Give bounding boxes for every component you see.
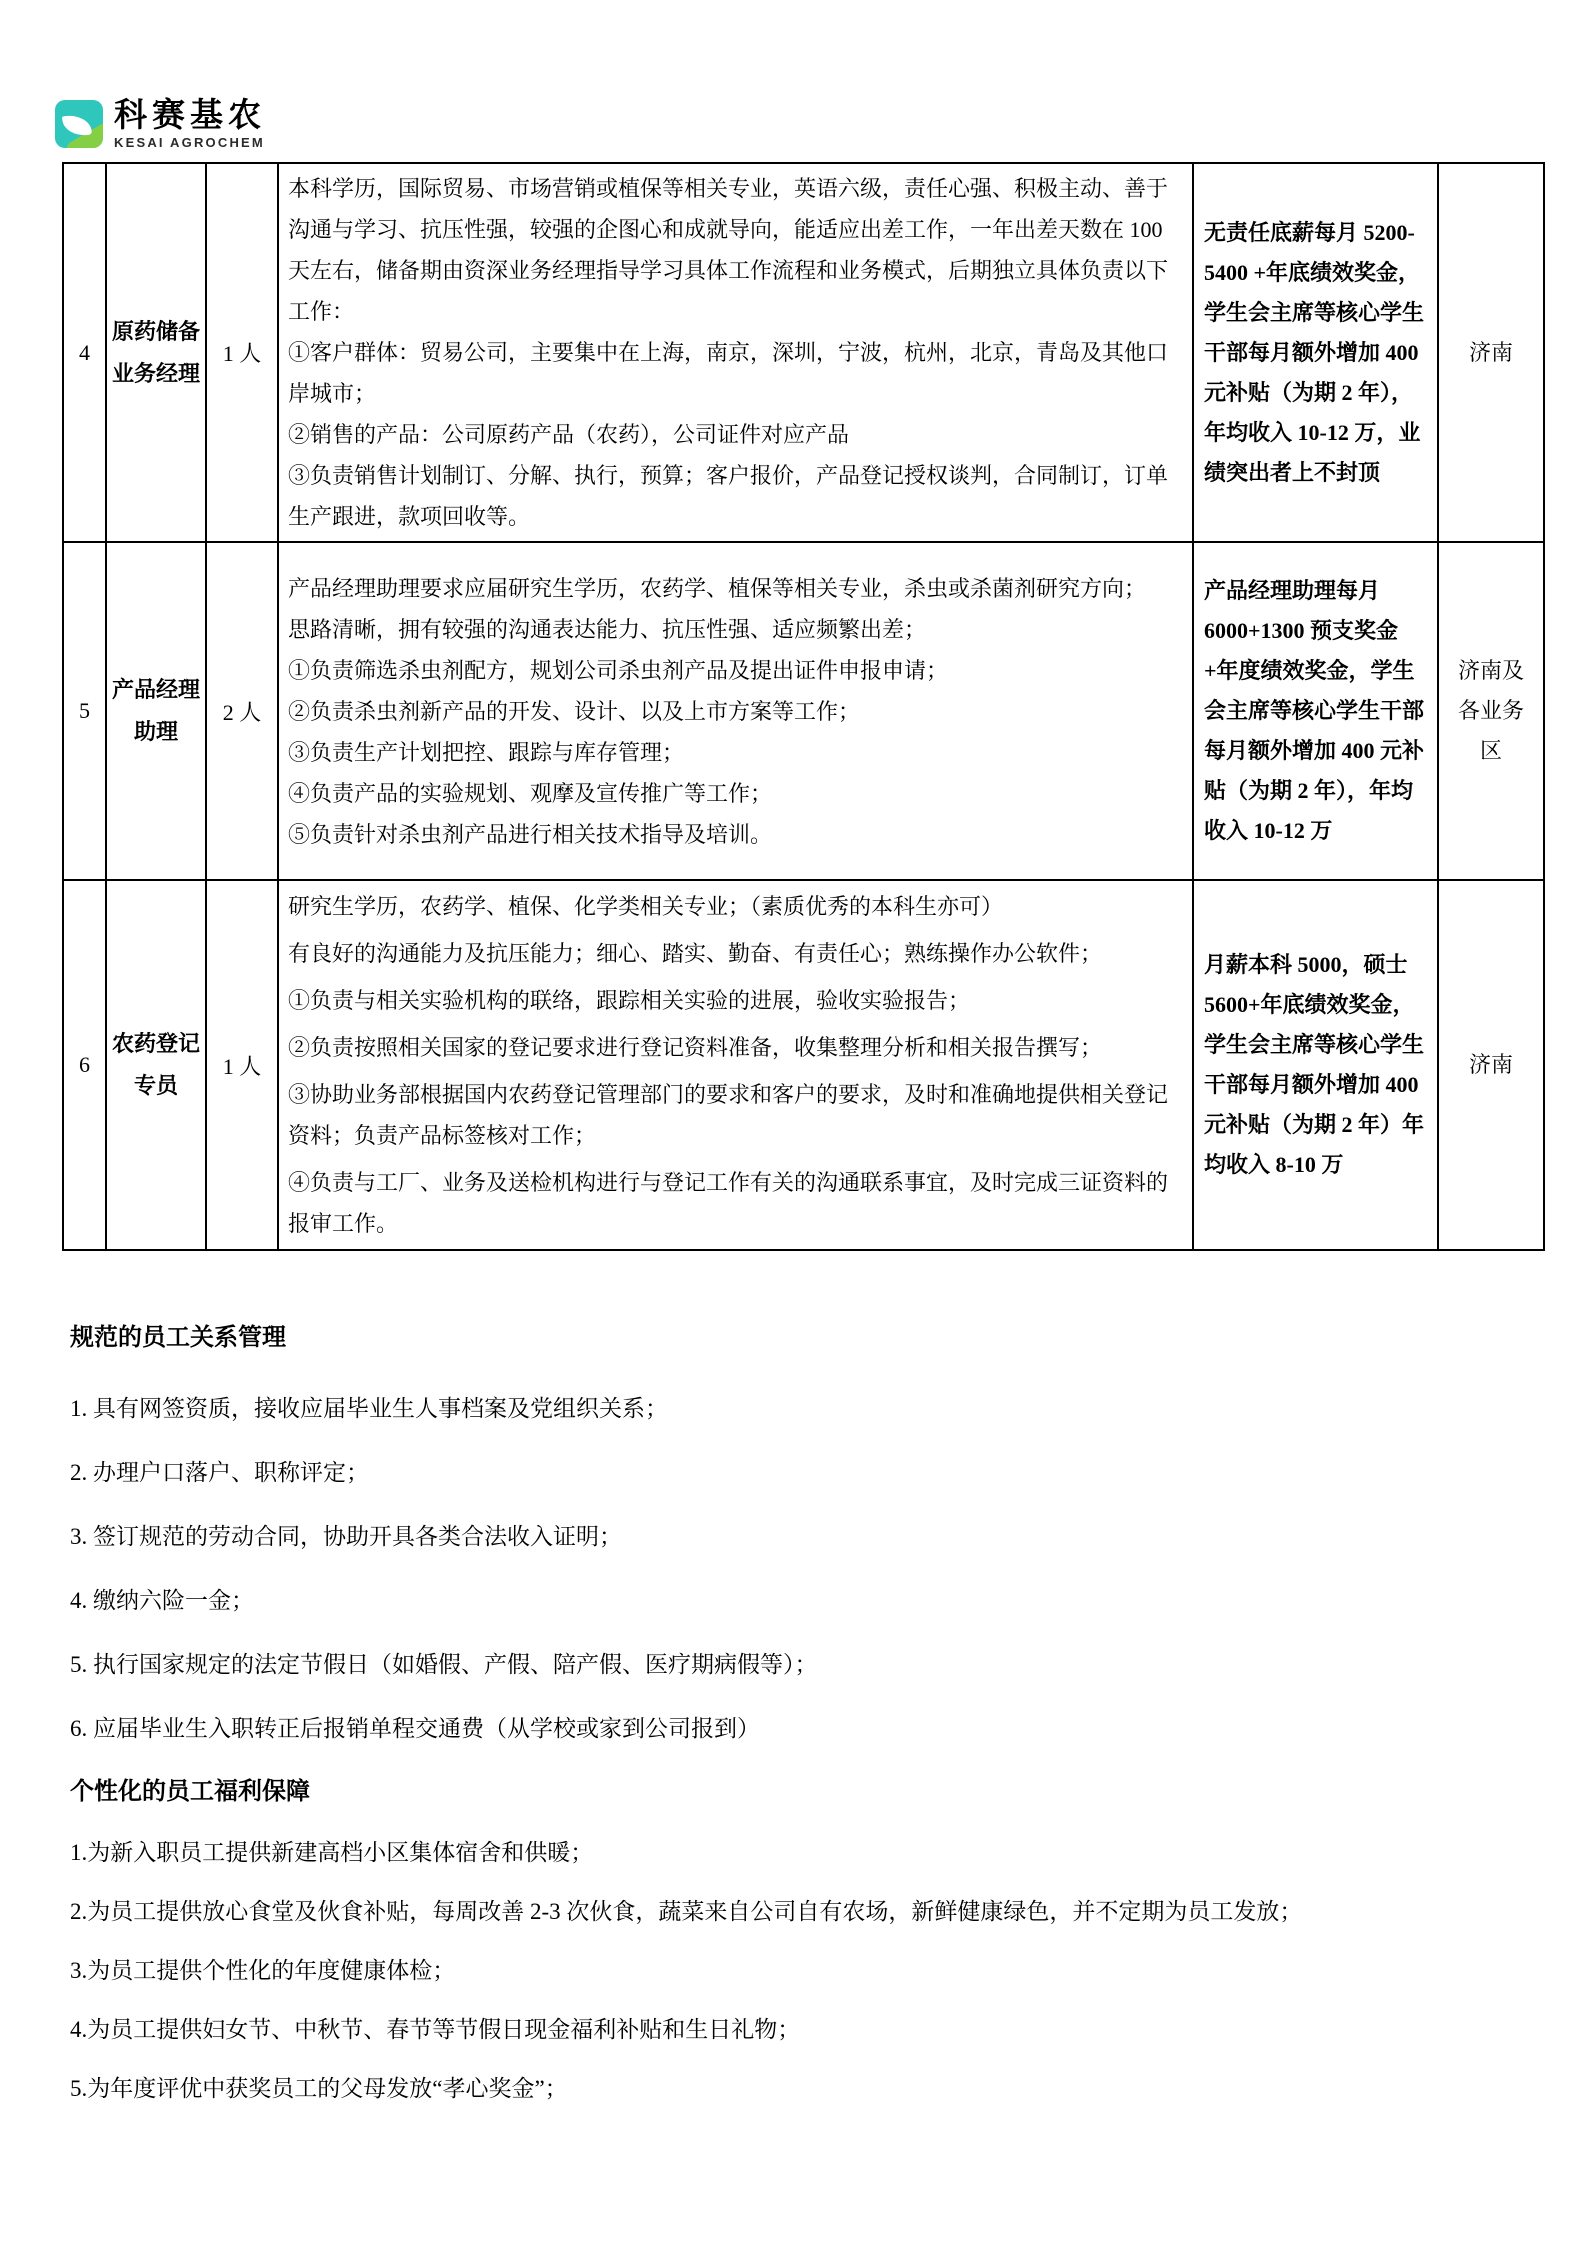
desc-paragraph: ③协助业务部根据国内农药登记管理部门的要求和客户的要求，及时和准确地提供相关登记…	[288, 1074, 1180, 1156]
desc-paragraph: ①负责与相关实验机构的联络，跟踪相关实验的进展，验收实验报告；	[288, 980, 1180, 1021]
document-page: 科赛基农 KESAI AGROCHEM 4 原药储备业务经理 1 人 本科学历，…	[0, 0, 1587, 2245]
desc-paragraph: ③负责销售计划制订、分解、执行，预算；客户报价，产品登记授权谈判，合同制订，订单…	[288, 455, 1180, 537]
job-description: 本科学历，国际贸易、市场营销或植保等相关专业，英语六级，责任心强、积极主动、善于…	[278, 163, 1193, 542]
job-description: 产品经理助理要求应届研究生学历，农药学、植保等相关专业，杀虫或杀菌剂研究方向； …	[278, 542, 1193, 880]
benefit-sections: 规范的员工关系管理 1. 具有网签资质，接收应届毕业生人事档案及党组织关系； 2…	[70, 1323, 1575, 2132]
list-item: 4.为员工提供妇女节、中秋节、春节等节假日现金福利补贴和生日礼物；	[70, 2014, 1575, 2045]
list-item: 6. 应届毕业生入职转正后报销单程交通费（从学校或家到公司报到）	[70, 1713, 1575, 1744]
salary-cell: 无责任底薪每月 5200-5400 +年底绩效奖金，学生会主席等核心学生干部每月…	[1193, 163, 1438, 542]
desc-paragraph: 研究生学历，农药学、植保、化学类相关专业；（素质优秀的本科生亦可）	[288, 886, 1180, 927]
row-number: 6	[63, 880, 106, 1250]
desc-paragraph: ③负责生产计划把控、跟踪与库存管理；	[288, 732, 1180, 773]
list-item: 2. 办理户口落户、职称评定；	[70, 1457, 1575, 1488]
section-heading: 个性化的员工福利保障	[70, 1777, 1575, 1807]
desc-paragraph: 思路清晰，拥有较强的沟通表达能力、抗压性强、适应频繁出差；	[288, 609, 1180, 650]
desc-paragraph: 有良好的沟通能力及抗压能力；细心、踏实、勤奋、有责任心；熟练操作办公软件；	[288, 933, 1180, 974]
headcount: 1 人	[206, 163, 278, 542]
logo-white-leaf	[62, 114, 92, 138]
desc-paragraph: ①负责筛选杀虫剂配方，规划公司杀虫剂产品及提出证件申报申请；	[288, 650, 1180, 691]
desc-paragraph: 产品经理助理要求应届研究生学历，农药学、植保等相关专业，杀虫或杀菌剂研究方向；	[288, 568, 1180, 609]
desc-paragraph: ②负责按照相关国家的登记要求进行登记资料准备，收集整理分析和相关报告撰写；	[288, 1027, 1180, 1068]
list-item: 3.为员工提供个性化的年度健康体检；	[70, 1955, 1575, 1986]
company-logo: 科赛基农 KESAI AGROCHEM	[55, 98, 266, 150]
list-item: 5. 执行国家规定的法定节假日（如婚假、产假、陪产假、医疗期病假等）；	[70, 1649, 1575, 1680]
section-heading: 规范的员工关系管理	[70, 1323, 1575, 1353]
desc-paragraph: 本科学历，国际贸易、市场营销或植保等相关专业，英语六级，责任心强、积极主动、善于…	[288, 168, 1180, 332]
position-name: 农药登记专员	[106, 880, 206, 1250]
list-item: 4. 缴纳六险一金；	[70, 1585, 1575, 1616]
headcount: 1 人	[206, 880, 278, 1250]
desc-paragraph: ④负责产品的实验规划、观摩及宣传推广等工作；	[288, 773, 1180, 814]
position-name: 产品经理助理	[106, 542, 206, 880]
list-item: 5.为年度评优中获奖员工的父母发放“孝心奖金”；	[70, 2073, 1575, 2104]
desc-paragraph: ②销售的产品：公司原药产品（农药），公司证件对应产品	[288, 414, 1180, 455]
list-item: 2.为员工提供放心食堂及伙食补贴，每周改善 2-3 次伙食，蔬菜来自公司自有农场…	[70, 1896, 1575, 1927]
location-cell: 济南及各业务区	[1438, 542, 1544, 880]
leaf-logo-icon	[55, 100, 103, 148]
row-number: 4	[63, 163, 106, 542]
job-positions-table: 4 原药储备业务经理 1 人 本科学历，国际贸易、市场营销或植保等相关专业，英语…	[62, 162, 1545, 1251]
desc-paragraph: ①客户群体：贸易公司，主要集中在上海，南京，深圳，宁波，杭州，北京，青岛及其他口…	[288, 332, 1180, 414]
desc-paragraph: ⑤负责针对杀虫剂产品进行相关技术指导及培训。	[288, 814, 1180, 855]
position-name: 原药储备业务经理	[106, 163, 206, 542]
salary-cell: 月薪本科 5000，硕士 5600+年底绩效奖金，学生会主席等核心学生干部每月额…	[1193, 880, 1438, 1250]
location-cell: 济南	[1438, 880, 1544, 1250]
company-name-cn: 科赛基农	[114, 98, 266, 131]
list-item: 3. 签订规范的劳动合同，协助开具各类合法收入证明；	[70, 1521, 1575, 1552]
section-employee-welfare: 个性化的员工福利保障 1.为新入职员工提供新建高档小区集体宿舍和供暖； 2.为员…	[70, 1777, 1575, 2104]
headcount: 2 人	[206, 542, 278, 880]
desc-paragraph: ④负责与工厂、业务及送检机构进行与登记工作有关的沟通联系事宜，及时完成三证资料的…	[288, 1162, 1180, 1244]
list-item: 1. 具有网签资质，接收应届毕业生人事档案及党组织关系；	[70, 1393, 1575, 1424]
table-row-position-6: 6 农药登记专员 1 人 研究生学历，农药学、植保、化学类相关专业；（素质优秀的…	[63, 880, 1544, 1250]
section-employee-relations: 规范的员工关系管理 1. 具有网签资质，接收应届毕业生人事档案及党组织关系； 2…	[70, 1323, 1575, 1744]
location-cell: 济南	[1438, 163, 1544, 542]
company-name-en: KESAI AGROCHEM	[114, 135, 266, 150]
table-row-position-4: 4 原药储备业务经理 1 人 本科学历，国际贸易、市场营销或植保等相关专业，英语…	[63, 163, 1544, 542]
job-description: 研究生学历，农药学、植保、化学类相关专业；（素质优秀的本科生亦可） 有良好的沟通…	[278, 880, 1193, 1250]
row-number: 5	[63, 542, 106, 880]
list-item: 1.为新入职员工提供新建高档小区集体宿舍和供暖；	[70, 1837, 1575, 1868]
desc-paragraph: ②负责杀虫剂新产品的开发、设计、以及上市方案等工作；	[288, 691, 1180, 732]
table-row-position-5: 5 产品经理助理 2 人 产品经理助理要求应届研究生学历，农药学、植保等相关专业…	[63, 542, 1544, 880]
logo-text: 科赛基农 KESAI AGROCHEM	[114, 98, 266, 150]
salary-cell: 产品经理助理每月 6000+1300 预支奖金+年度绩效奖金，学生会主席等核心学…	[1193, 542, 1438, 880]
